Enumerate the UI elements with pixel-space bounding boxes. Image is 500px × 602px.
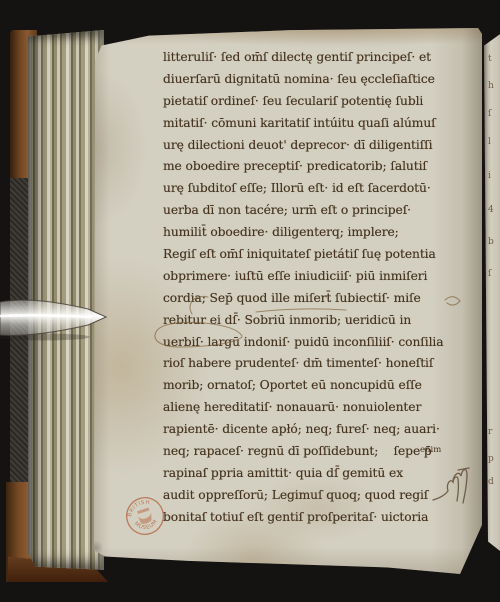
manuscript-text-line: litteruliſ· ſed om̄ſ dilectę gentiſ prin…: [163, 47, 485, 69]
manuscript-text-line: diuerſarū dignitatū nomina· ſeu ęccleſia…: [163, 69, 485, 91]
manuscript-text-line: cordia; Sep̄ quod ille miſert̄ ſubiectiſ…: [163, 288, 485, 310]
manuscript-text-line: uerba dī non tacére; urm̄ eſt o principe…: [163, 200, 485, 222]
facing-page-sliver: thſli4bſrpd: [484, 30, 500, 552]
sliver-text-fragment: i: [488, 172, 491, 181]
sliver-text-fragment: r: [488, 428, 492, 437]
sliver-text-fragment: l: [488, 138, 491, 147]
manuscript-text-line: humilit̄ oboedire· diligenterq; implere;: [163, 222, 485, 244]
manuscript-text-line: rioſ habere prudenteſ· dm̄ timenteſ· hon…: [163, 353, 485, 375]
manuscript-text-line: urę ſubditoſ eſſe; Illorū eſt· id eſt ſa…: [163, 178, 485, 200]
manuscript-text-line: uerbiſ· largū indoniſ· puidū inconſiliiſ…: [163, 332, 485, 354]
manuscript-text-line: rebitur ei dſ̄· Sobriū inmorib; ueridicū…: [163, 310, 485, 332]
manuscript-text-line: rapinaſ ppria amittit· quia dſ̄ gemitū e…: [163, 463, 485, 485]
manuscript-text-line: morib; ornatoſ; Oportet eū noncupidū eſſ…: [163, 375, 485, 397]
manuscript-text-line: urę dilectioni deuot' deprecor· dī dilig…: [163, 135, 485, 157]
manuscript-text-line: pietatiſ ordineſ· ſeu ſeculariſ potentię…: [163, 91, 485, 113]
sliver-text-fragment: p: [488, 455, 494, 464]
manuscript-text-line: mitatiſ· cōmuni karitatiſ intúitu quaſi …: [163, 113, 485, 135]
interlinear-gloss: enim: [420, 445, 441, 455]
manuscript-text-line: bonitaſ totiuſ eſt gentiſ proſperitaſ· u…: [163, 507, 485, 529]
manuscript-text-line: alienę hereditatiſ· nonauarū· nonuiolent…: [163, 397, 485, 419]
manuscript-text-line: me oboedire preceptiſ· predicatorib; ſal…: [163, 156, 485, 178]
sliver-text-fragment: ſ: [488, 110, 491, 119]
sliver-text-fragment: b: [488, 238, 494, 247]
manuscript-page: litteruliſ· ſed om̄ſ dilectę gentiſ prin…: [90, 28, 482, 574]
manuscript-text-line: audit oppreſſorū; Legimuſ quoq; quod reg…: [163, 485, 485, 507]
manuscript-text-line: obprimere· iuſtū eſſe iniudiciiſ· piū in…: [163, 266, 485, 288]
manuscript-text-line: rapientē· dicente apłó; neq; fureſ· neq;…: [163, 419, 485, 441]
sliver-text-fragment: d: [488, 478, 494, 487]
manuscript-text-line: Regiſ eſt om̄ſ iniquitateſ pietátiſ ſuę …: [163, 244, 485, 266]
text-block: litteruliſ· ſed om̄ſ dilectę gentiſ prin…: [163, 47, 485, 529]
sliver-text-fragment: ſ: [488, 270, 491, 279]
glass-rod-weight: [0, 294, 114, 342]
sliver-text-fragment: h: [488, 82, 494, 91]
sliver-text-fragment: t: [488, 55, 492, 64]
sliver-text-fragment: 4: [488, 206, 494, 215]
photo-scene: litteruliſ· ſed om̄ſ dilectę gentiſ prin…: [0, 0, 500, 602]
